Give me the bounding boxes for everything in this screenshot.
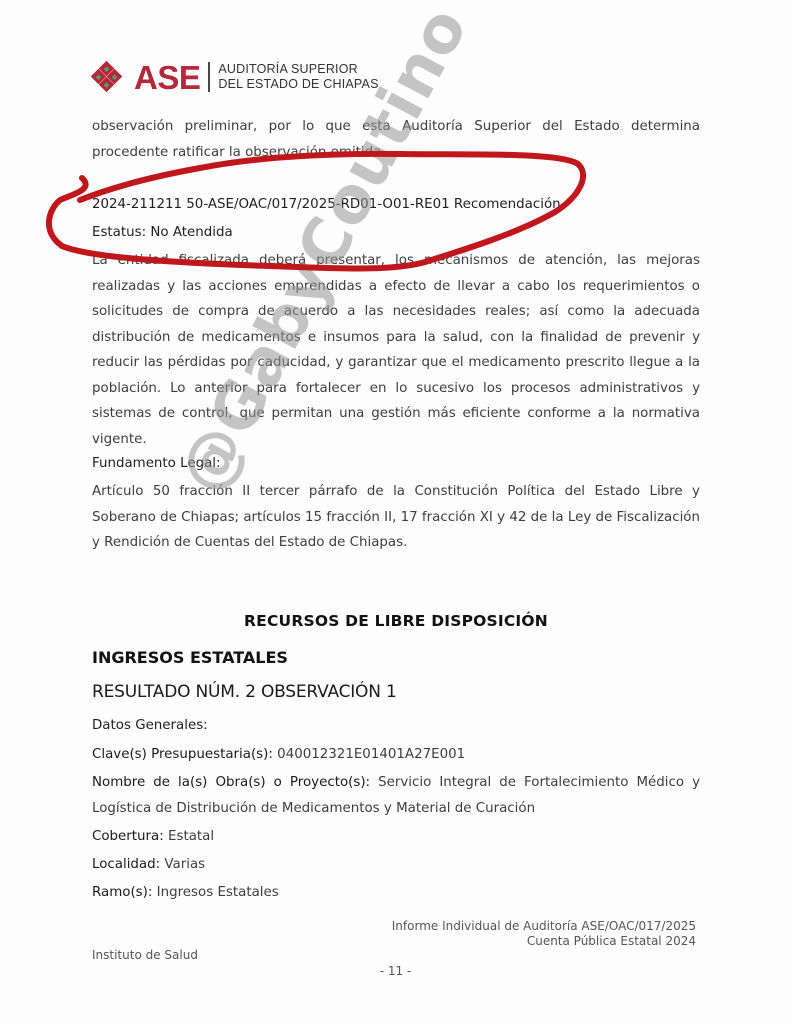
org-name-line2: DEL ESTADO DE CHIAPAS <box>218 77 378 92</box>
logo-text: ASE <box>134 61 200 94</box>
subsection-title: INGRESOS ESTATALES <box>92 648 288 667</box>
field-coverage: Cobertura: Estatal <box>92 824 700 850</box>
field-budget-key: Clave(s) Presupuestaria(s): 040012321E01… <box>92 742 700 768</box>
footer-report-line1: Informe Individual de Auditoría ASE/OAC/… <box>392 919 696 934</box>
field-label: Clave(s) Presupuestaria(s): <box>92 747 273 762</box>
ase-logo: ASE AUDITORÍA SUPERIOR DEL ESTADO DE CHI… <box>92 60 379 94</box>
field-value: 040012321E01401A27E001 <box>277 747 465 762</box>
logo-divider <box>208 62 210 92</box>
footer-report-info: Informe Individual de Auditoría ASE/OAC/… <box>392 919 696 949</box>
field-locality: Localidad: Varias <box>92 852 700 878</box>
field-label: Cobertura: <box>92 829 164 844</box>
page-number: - 11 - <box>0 964 791 978</box>
logo-diamond-icon <box>92 62 130 92</box>
field-label: Nombre de la(s) Obra(s) o Proyecto(s): <box>92 775 370 790</box>
org-name-line1: AUDITORÍA SUPERIOR <box>218 62 378 77</box>
recommendation-status: Estatus: No Atendida <box>92 220 700 246</box>
field-value: Ingresos Estatales <box>157 885 279 900</box>
field-label: Ramo(s): <box>92 885 152 900</box>
recommendation-code: 2024-211211 50-ASE/OAC/017/2025-RD01-O01… <box>92 192 700 218</box>
org-name: AUDITORÍA SUPERIOR DEL ESTADO DE CHIAPAS <box>218 62 378 92</box>
field-project-name: Nombre de la(s) Obra(s) o Proyecto(s): S… <box>92 770 700 821</box>
field-value: Estatal <box>168 829 214 844</box>
field-value: Varias <box>164 857 205 872</box>
field-label: Localidad: <box>92 857 160 872</box>
general-heading: Datos Generales: <box>92 713 700 739</box>
footer-entity: Instituto de Salud <box>92 948 198 962</box>
recommendation-body: La entidad fiscalizada deberá presentar,… <box>92 248 700 452</box>
legal-heading: Fundamento Legal: <box>92 451 700 477</box>
footer-report-line2: Cuenta Pública Estatal 2024 <box>392 934 696 949</box>
intro-paragraph: observación preliminar, por lo que esta … <box>92 114 700 165</box>
result-title: RESULTADO NÚM. 2 OBSERVACIÓN 1 <box>92 682 397 702</box>
field-branch: Ramo(s): Ingresos Estatales <box>92 880 700 906</box>
section-title: RECURSOS DE LIBRE DISPOSICIÓN <box>92 612 700 630</box>
legal-body: Artículo 50 fracción II tercer párrafo d… <box>92 479 700 556</box>
